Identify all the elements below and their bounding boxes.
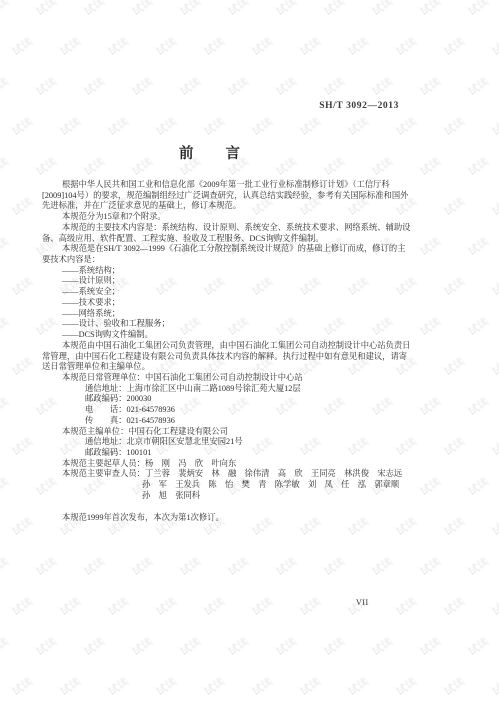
watermark-text: 试读 [467, 77, 491, 99]
watermark-text: 试读 [0, 557, 11, 579]
text-line: ——系统安全； [42, 287, 472, 298]
watermark-text: 试读 [323, 77, 347, 99]
document-page: 试读试读试读试读试读试读试读试读试读试读试读试读试读试读试读试读试读试读试读试读… [0, 0, 499, 706]
watermark-text: 试读 [491, 37, 499, 59]
watermark-text: 试读 [131, 77, 155, 99]
watermark-text: 试读 [203, 597, 227, 619]
watermark-text: 试读 [227, 557, 251, 579]
watermark-text: 试读 [11, 357, 35, 379]
watermark-text: 试读 [275, 77, 299, 99]
text-line: 先进标准，并在广泛征求意见的基础上，修订本规范。 [42, 201, 472, 212]
text-line: ——DCS询购文件编制。 [42, 330, 472, 341]
watermark-text: 试读 [59, 677, 83, 699]
text-line: 孙 军 王发兵 陈 怡 樊 青 陈学敏 刘 凤 任 泓 郭章顺 [42, 480, 472, 491]
watermark-text: 试读 [179, 557, 203, 579]
watermark-text: 试读 [83, 557, 107, 579]
watermark-text: 试读 [299, 597, 323, 619]
text-line: 常管理，由中国石化工程建设有限公司负责具体技术内容的解释。执行过程中如有意见和建… [42, 352, 472, 363]
watermark-text: 试读 [83, 0, 107, 18]
watermark-text: 试读 [491, 117, 499, 139]
watermark-text: 试读 [419, 637, 443, 659]
watermark-text: 试读 [203, 677, 227, 699]
watermark-text: 试读 [0, 317, 11, 339]
watermark-text: 试读 [371, 637, 395, 659]
watermark-text: 试读 [491, 197, 499, 219]
watermark-text: 试读 [107, 597, 131, 619]
watermark-text: 试读 [59, 37, 83, 59]
watermark-text: 试读 [131, 557, 155, 579]
watermark-text: 试读 [395, 117, 419, 139]
revision-note: 本规范1999年首次发布，本次为第1次修订。 [62, 513, 224, 523]
watermark-text: 试读 [155, 677, 179, 699]
watermark-text: 试读 [11, 677, 35, 699]
watermark-text: 试读 [323, 637, 347, 659]
watermark-text: 试读 [347, 677, 371, 699]
watermark-text: 试读 [251, 37, 275, 59]
watermark-text: 试读 [419, 0, 443, 18]
watermark-text: 试读 [299, 37, 323, 59]
watermark-text: 试读 [443, 37, 467, 59]
watermark-text: 试读 [35, 0, 59, 18]
text-line: 孙 旭 张同科 [42, 491, 472, 502]
watermark-text: 试读 [347, 517, 371, 539]
watermark-text: 试读 [323, 557, 347, 579]
watermark-text: 试读 [299, 677, 323, 699]
watermark-text: 试读 [227, 0, 251, 18]
text-line: 邮政编码：200030 [42, 394, 472, 405]
watermark-text: 试读 [179, 0, 203, 18]
watermark-text: 试读 [299, 117, 323, 139]
watermark-text: 试读 [107, 677, 131, 699]
text-line: 邮政编码：100101 [42, 448, 472, 459]
watermark-text: 试读 [299, 517, 323, 539]
text-line: ——系统结构； [42, 266, 472, 277]
text-line: 本规范日常管理单位：中国石油化工集团公司自动控制设计中心站 [42, 373, 472, 384]
text-line: 要技术内容是： [42, 255, 472, 266]
watermark-text: 试读 [11, 117, 35, 139]
watermark-text: 试读 [467, 557, 491, 579]
watermark-text: 试读 [491, 357, 499, 379]
text-line: 本规范是在SH/T 3092—1999《石油化工分散控制系统设计规范》的基础上修… [42, 244, 472, 255]
watermark-text: 试读 [491, 277, 499, 299]
watermark-text: 试读 [419, 557, 443, 579]
watermark-text: 试读 [0, 477, 11, 499]
watermark-text: 试读 [251, 677, 275, 699]
watermark-text: 试读 [0, 397, 11, 419]
watermark-text: 试读 [83, 77, 107, 99]
watermark-text: 试读 [35, 557, 59, 579]
text-line: ——技术要求； [42, 298, 472, 309]
watermark-text: 试读 [11, 37, 35, 59]
watermark-text: 试读 [251, 517, 275, 539]
text-line: 本规范分为15章和7个附录。 [42, 212, 472, 223]
watermark-text: 试读 [0, 77, 11, 99]
text-line: [2009]104号）的要求，规范编制组经过广泛调查研究，认真总结实践经验，参考… [42, 191, 472, 202]
watermark-text: 试读 [155, 597, 179, 619]
watermark-text: 试读 [11, 597, 35, 619]
watermark-text: 试读 [59, 117, 83, 139]
watermark-text: 试读 [395, 517, 419, 539]
watermark-text: 试读 [443, 517, 467, 539]
text-line: 电 话：021-64578936 [42, 405, 472, 416]
watermark-text: 试读 [419, 77, 443, 99]
watermark-text: 试读 [107, 37, 131, 59]
watermark-text: 试读 [35, 77, 59, 99]
watermark-text: 试读 [59, 597, 83, 619]
watermark-text: 试读 [371, 77, 395, 99]
watermark-text: 试读 [491, 437, 499, 459]
watermark-text: 试读 [131, 637, 155, 659]
text-line: ——设计、验收和工程服务； [42, 319, 472, 330]
watermark-text: 试读 [467, 157, 491, 179]
watermark-text: 试读 [443, 117, 467, 139]
watermark-text: 试读 [179, 77, 203, 99]
watermark-text: 试读 [107, 117, 131, 139]
content-lines: 根据中华人民共和国工业和信息化部《2009年第一批工业行业标准制修订计划》（工信… [42, 180, 472, 502]
watermark-text: 试读 [131, 0, 155, 18]
text-line: 备、高级应用、软件配置、工程实施、验收及工程服务、DCS询购文件编制。 [42, 234, 472, 245]
watermark-text: 试读 [371, 557, 395, 579]
watermark-text: 试读 [491, 677, 499, 699]
watermark-text: 试读 [347, 117, 371, 139]
watermark-text: 试读 [467, 0, 491, 18]
watermark-text: 试读 [395, 37, 419, 59]
watermark-text: 试读 [251, 597, 275, 619]
text-line: 本规范的主要技术内容是：系统结构、设计原则、系统安全、系统技术要求、网络系统、辅… [42, 223, 472, 234]
watermark-text: 试读 [443, 677, 467, 699]
watermark-text: 试读 [491, 597, 499, 619]
watermark-text: 试读 [227, 637, 251, 659]
text-line: 本规范由中国石油化工集团公司负责管理，由中国石油化工集团公司自动控制设计中心站负… [42, 341, 472, 352]
text-line: 本规范主编单位：中国石化工程建设有限公司 [42, 427, 472, 438]
text-line: 通信地址：上海市徐汇区中山南二路1089号徐汇苑大厦12层 [42, 384, 472, 395]
watermark-text: 试读 [323, 0, 347, 18]
page-number: VII [356, 598, 369, 607]
watermark-text: 试读 [371, 0, 395, 18]
text-line: ——设计原则； [42, 276, 472, 287]
watermark-text: 试读 [11, 277, 35, 299]
text-line: 本规范主要起草人员：杨 刚 冯 欣 叶向东 [42, 459, 472, 470]
watermark-text: 试读 [275, 557, 299, 579]
watermark-text: 试读 [251, 117, 275, 139]
watermark-text: 试读 [179, 637, 203, 659]
text-line: 根据中华人民共和国工业和信息化部《2009年第一批工业行业标准制修订计划》（工信… [42, 180, 472, 191]
text-line: 本规范主要审查人员：丁兰蓉 裴炳安 林 融 徐伟清 高 欣 王同亮 林洪俊 宋志… [42, 469, 472, 480]
watermark-text: 试读 [11, 517, 35, 539]
watermark-text: 试读 [35, 637, 59, 659]
watermark-text: 试读 [347, 37, 371, 59]
watermark-text: 试读 [0, 237, 11, 259]
watermark-text: 试读 [0, 637, 11, 659]
watermark-text: 试读 [467, 637, 491, 659]
watermark-text: 试读 [203, 117, 227, 139]
page-title: 前 言 [0, 142, 420, 163]
watermark-text: 试读 [227, 77, 251, 99]
watermark-text: 试读 [11, 437, 35, 459]
watermark-text: 试读 [395, 597, 419, 619]
watermark-text: 试读 [395, 677, 419, 699]
watermark-text: 试读 [275, 0, 299, 18]
text-line: 通信地址：北京市朝阳区安慧北里安园21号 [42, 437, 472, 448]
watermark-text: 试读 [203, 37, 227, 59]
text-line: ——网络系统； [42, 309, 472, 320]
watermark-text: 试读 [419, 157, 443, 179]
watermark-text: 试读 [275, 637, 299, 659]
watermark-text: 试读 [491, 517, 499, 539]
watermark-text: 试读 [0, 0, 11, 18]
text-line: 送日常管理单位和主编单位。 [42, 362, 472, 373]
watermark-text: 试读 [83, 637, 107, 659]
watermark-text: 试读 [155, 37, 179, 59]
watermark-text: 试读 [11, 197, 35, 219]
doc-number: SH/T 3092—2013 [305, 101, 399, 111]
text-line: 传 真：021-64578936 [42, 416, 472, 427]
watermark-text: 试读 [443, 597, 467, 619]
watermark-text: 试读 [155, 117, 179, 139]
